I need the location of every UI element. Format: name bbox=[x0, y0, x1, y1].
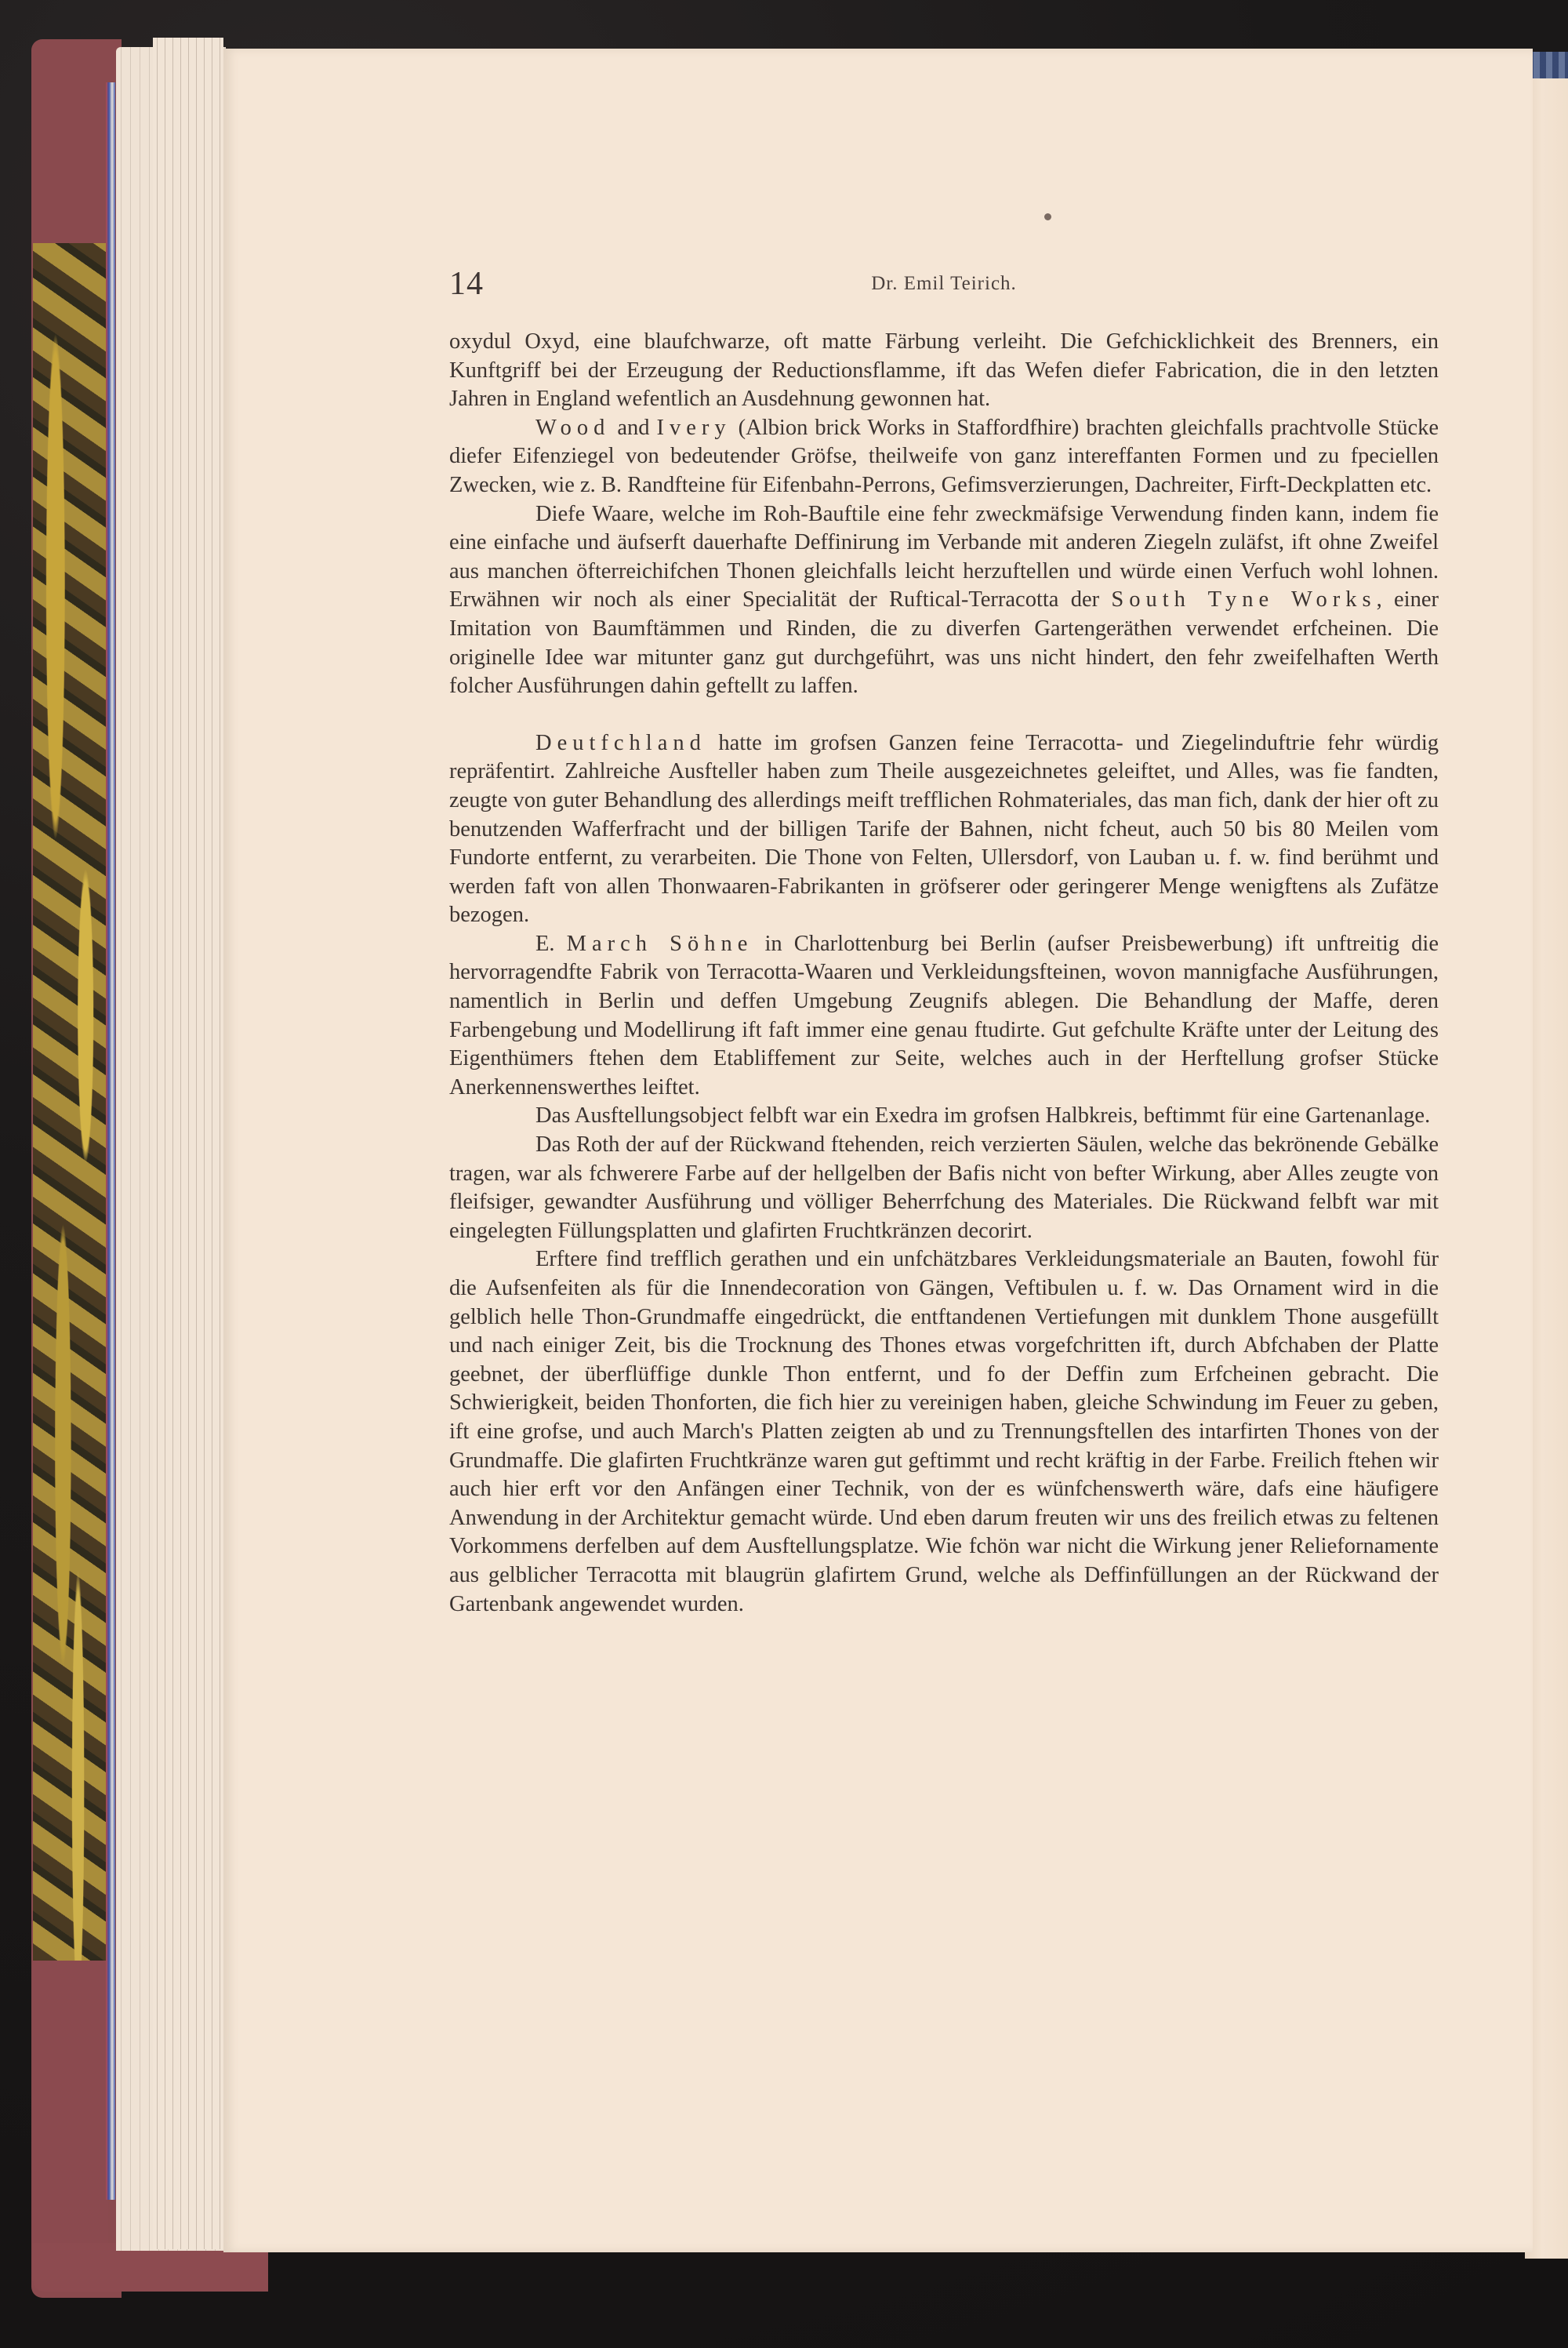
text-run: in Charlottenburg bei Berlin (aufser Pre… bbox=[449, 932, 1439, 1099]
spaced-name: Deutfchland bbox=[535, 731, 706, 755]
marbled-cover-board bbox=[33, 243, 108, 1961]
text-run: and bbox=[610, 416, 656, 440]
spaced-name: South Tyne Works bbox=[1111, 587, 1376, 612]
book-cover-corner bbox=[33, 1961, 108, 2290]
text-run: Das Roth der auf der Rückwand ftehenden,… bbox=[449, 1132, 1439, 1243]
paragraph: Das Ausftellungsobject felbft war ein Ex… bbox=[449, 1102, 1439, 1131]
paragraph: E. March Söhne in Charlottenburg bei Ber… bbox=[449, 930, 1439, 1103]
spaced-name: Ivery bbox=[657, 416, 731, 440]
paragraph: Das Roth der auf der Rückwand ftehenden,… bbox=[449, 1131, 1439, 1245]
paragraph: Wood and Ivery (Albion brick Works in St… bbox=[449, 414, 1439, 500]
text-run: Erftere find trefflich gerathen und ein … bbox=[449, 1247, 1439, 1616]
spaced-name: Wood bbox=[535, 416, 610, 440]
paragraph: Erftere find trefflich gerathen und ein … bbox=[449, 1245, 1439, 1619]
paragraph: Diefe Waare, welche im Roh-Bauftile eine… bbox=[449, 500, 1439, 701]
text-run: E. bbox=[535, 932, 567, 956]
body-text: oxydul Oxyd, eine blaufchwarze, oft matt… bbox=[449, 328, 1439, 1619]
paragraph: oxydul Oxyd, eine blaufchwarze, oft matt… bbox=[449, 328, 1439, 414]
text-run: oxydul Oxyd, eine blaufchwarze, oft matt… bbox=[449, 329, 1439, 411]
text-run: Das Ausftellungsobject felbft war ein Ex… bbox=[535, 1103, 1430, 1128]
spaced-name: March Söhne bbox=[567, 932, 753, 956]
running-head: Dr. Emil Teirich. bbox=[449, 273, 1439, 295]
text-run: hatte im grofsen Ganzen feine Terracotta… bbox=[449, 731, 1439, 928]
marbled-endpaper-strip bbox=[106, 82, 115, 2200]
page-stack-edge-inner bbox=[153, 38, 223, 2249]
page-header: 14 Dr. Emil Teirich. bbox=[449, 265, 1439, 304]
ink-spot bbox=[1044, 213, 1051, 220]
paragraph: Deutfchland hatte im grofsen Ganzen fein… bbox=[449, 729, 1439, 930]
